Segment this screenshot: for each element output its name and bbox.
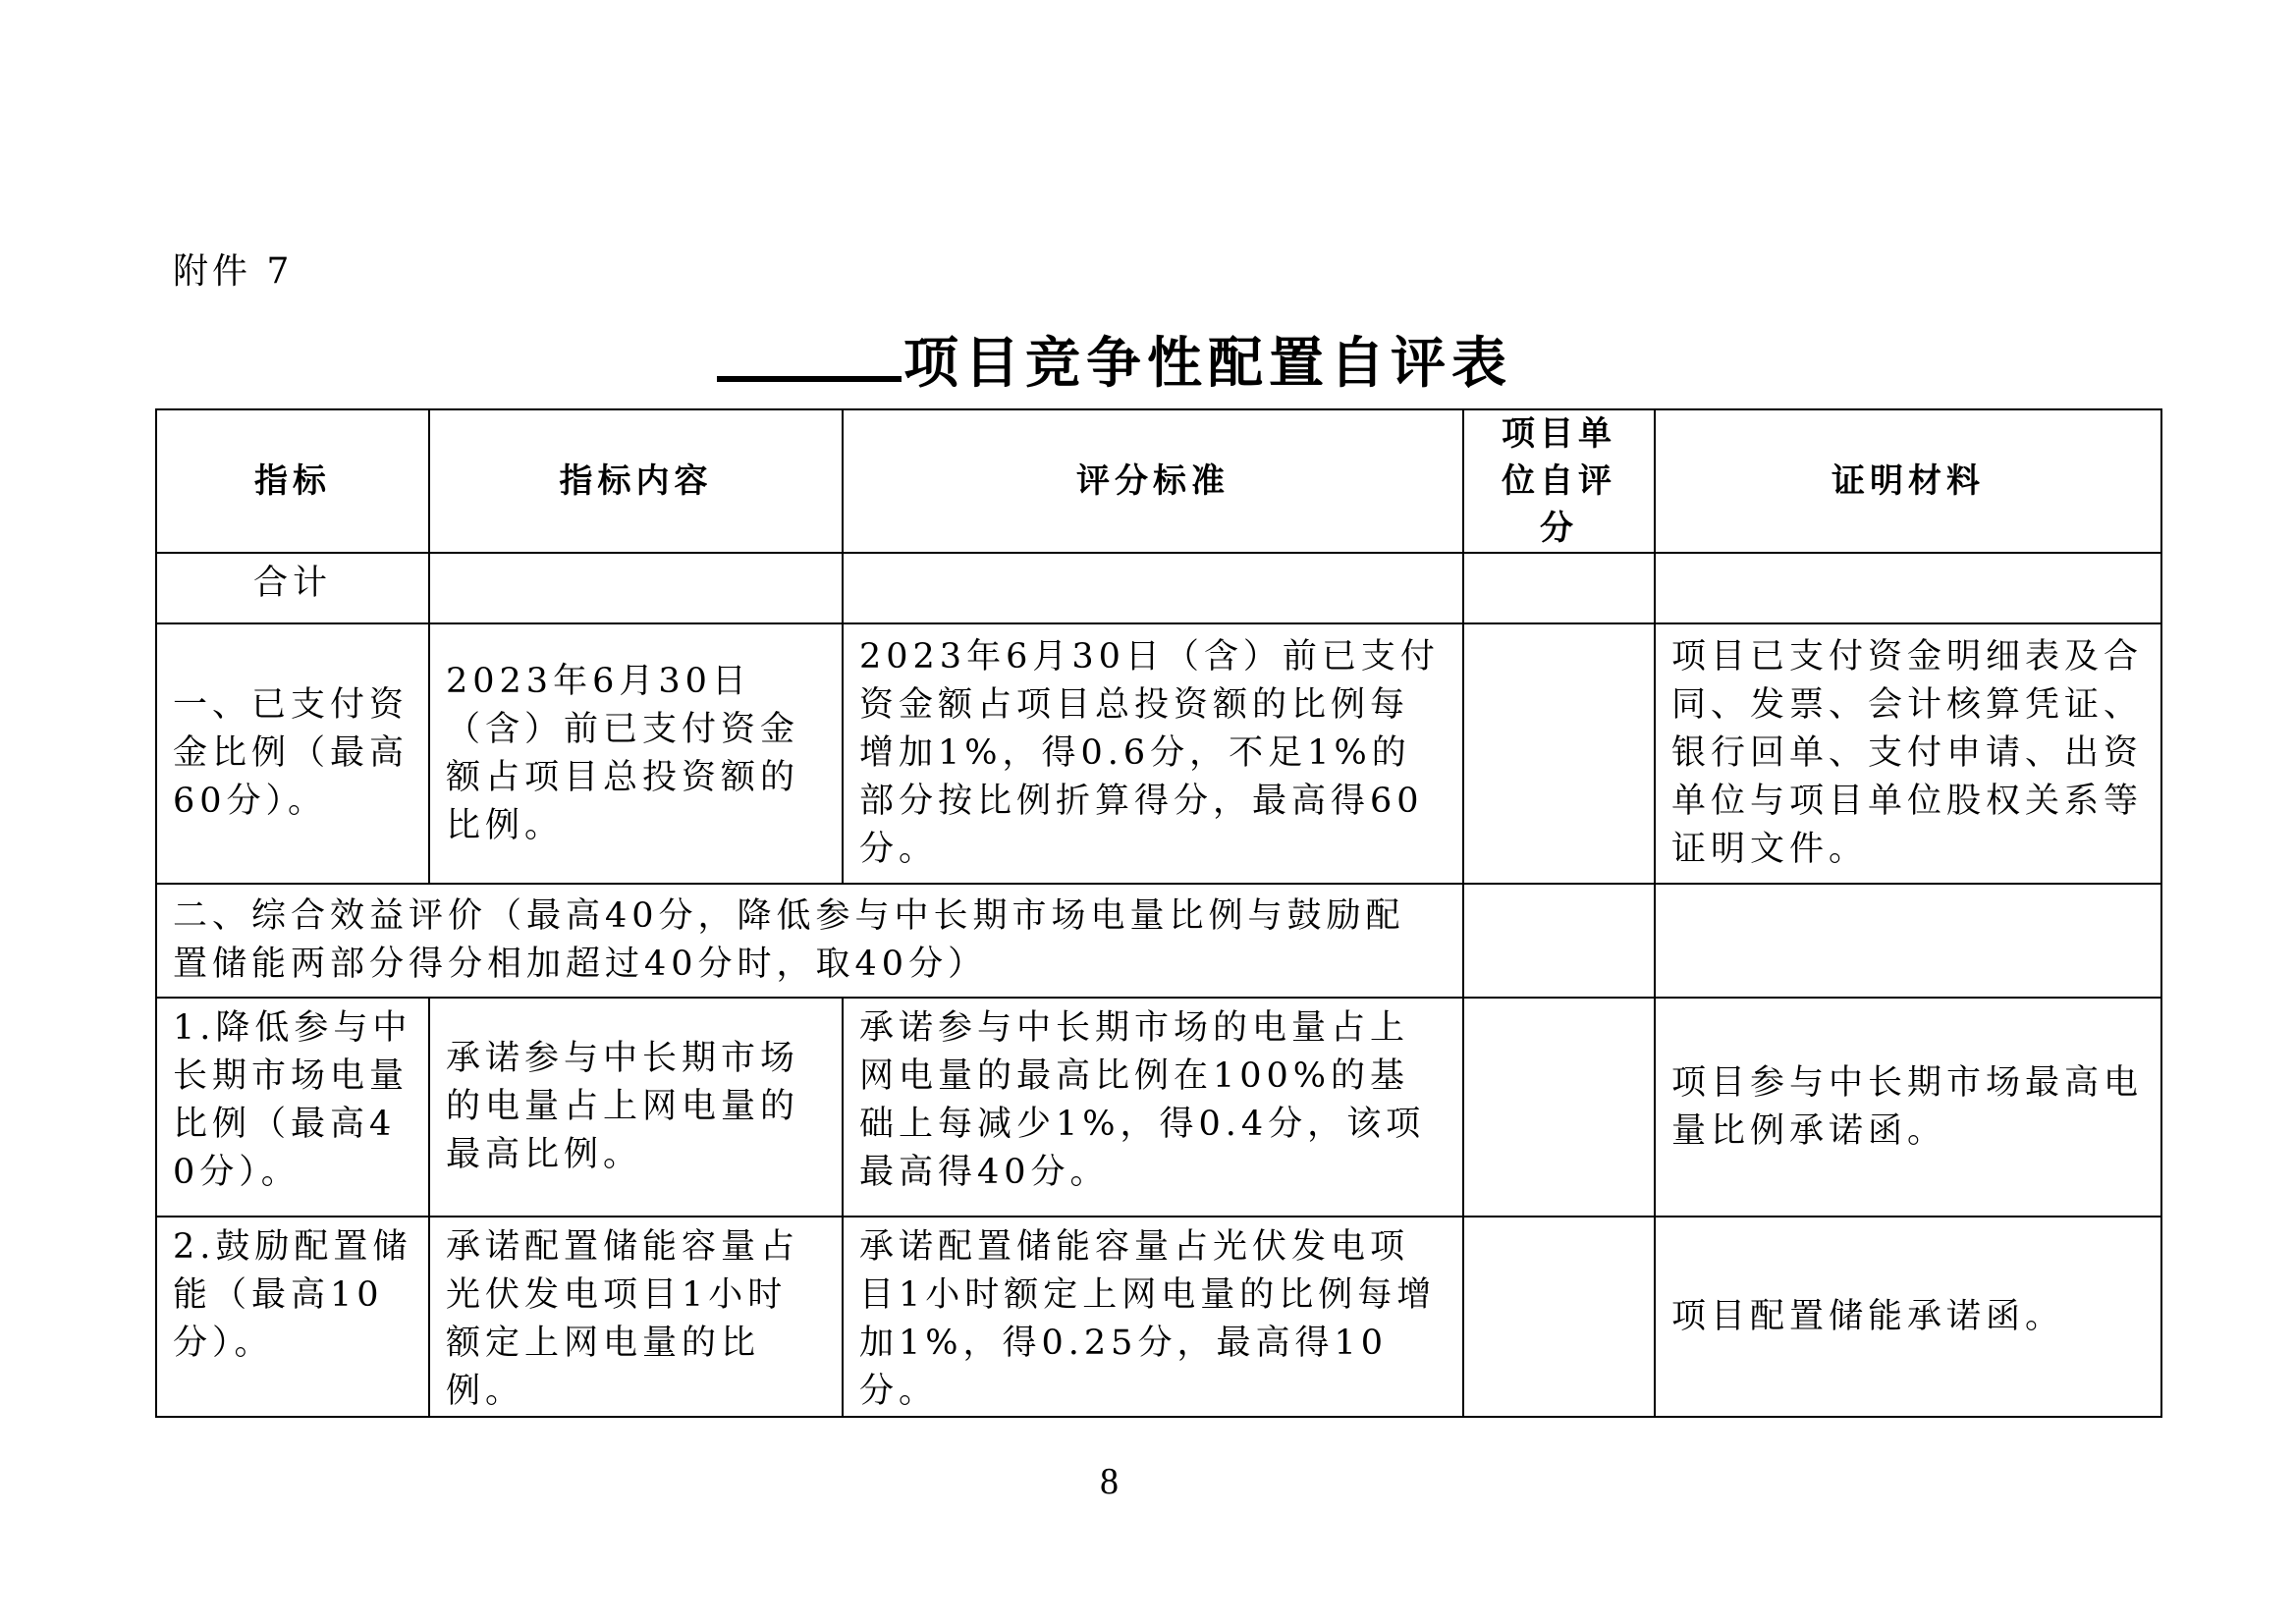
table-row: 2.鼓励配置储能（最高10分）。 承诺配置储能容量占光伏发电项目1小时额定上网电… [156, 1217, 2161, 1417]
attachment-label: 附件 7 [173, 243, 293, 294]
self-score-cell [1463, 1217, 1655, 1417]
section-heading: 二、综合效益评价（最高40分，降低参与中长期市场电量比例与鼓励配置储能两部分得分… [156, 884, 1463, 998]
self-score-cell [1463, 998, 1655, 1217]
total-evidence-cell [1655, 553, 2161, 623]
section-row: 二、综合效益评价（最高40分，降低参与中长期市场电量比例与鼓励配置储能两部分得分… [156, 884, 2161, 998]
header-evidence: 证明材料 [1655, 409, 2161, 553]
self-score-cell [1463, 884, 1655, 998]
title-blank-underline [717, 327, 902, 382]
header-criteria: 评分标准 [843, 409, 1463, 553]
total-self-score-cell [1463, 553, 1655, 623]
page-number: 8 [1100, 1460, 1119, 1503]
indicator-cell: 2.鼓励配置储能（最高10分）。 [156, 1217, 429, 1417]
indicator-cell: 一、已支付资金比例（最高60分）。 [156, 623, 429, 884]
title-text: 项目竞争性配置自评表 [903, 332, 1512, 396]
criteria-cell: 承诺参与中长期市场的电量占上网电量的最高比例在100%的基础上每减少1%，得0.… [843, 998, 1463, 1217]
page-title: 项目竞争性配置自评表 [717, 320, 1512, 399]
total-row: 合计 [156, 553, 2161, 623]
table-header-row: 指标 指标内容 评分标准 项目单位自评分 证明材料 [156, 409, 2161, 553]
total-content-cell [429, 553, 843, 623]
evidence-cell [1655, 884, 2161, 998]
header-indicator: 指标 [156, 409, 429, 553]
content-cell: 承诺配置储能容量占光伏发电项目1小时额定上网电量的比例。 [429, 1217, 843, 1417]
indicator-cell: 1.降低参与中长期市场电量比例（最高40分）。 [156, 998, 429, 1217]
total-label: 合计 [156, 553, 429, 623]
evidence-cell: 项目已支付资金明细表及合同、发票、会计核算凭证、银行回单、支付申请、出资单位与项… [1655, 623, 2161, 884]
self-evaluation-table: 指标 指标内容 评分标准 项目单位自评分 证明材料 合计 一、已支付资金比例（最… [155, 408, 2162, 1418]
evidence-cell: 项目参与中长期市场最高电量比例承诺函。 [1655, 998, 2161, 1217]
header-self-score: 项目单位自评分 [1463, 409, 1655, 553]
total-criteria-cell [843, 553, 1463, 623]
evidence-cell: 项目配置储能承诺函。 [1655, 1217, 2161, 1417]
table-row: 一、已支付资金比例（最高60分）。 2023年6月30日（含）前已支付资金额占项… [156, 623, 2161, 884]
content-cell: 承诺参与中长期市场的电量占上网电量的最高比例。 [429, 998, 843, 1217]
content-cell: 2023年6月30日（含）前已支付资金额占项目总投资额的比例。 [429, 623, 843, 884]
self-score-cell [1463, 623, 1655, 884]
header-content: 指标内容 [429, 409, 843, 553]
criteria-cell: 2023年6月30日（含）前已支付资金额占项目总投资额的比例每增加1%，得0.6… [843, 623, 1463, 884]
criteria-cell: 承诺配置储能容量占光伏发电项目1小时额定上网电量的比例每增加1%，得0.25分，… [843, 1217, 1463, 1417]
table-row: 1.降低参与中长期市场电量比例（最高40分）。 承诺参与中长期市场的电量占上网电… [156, 998, 2161, 1217]
